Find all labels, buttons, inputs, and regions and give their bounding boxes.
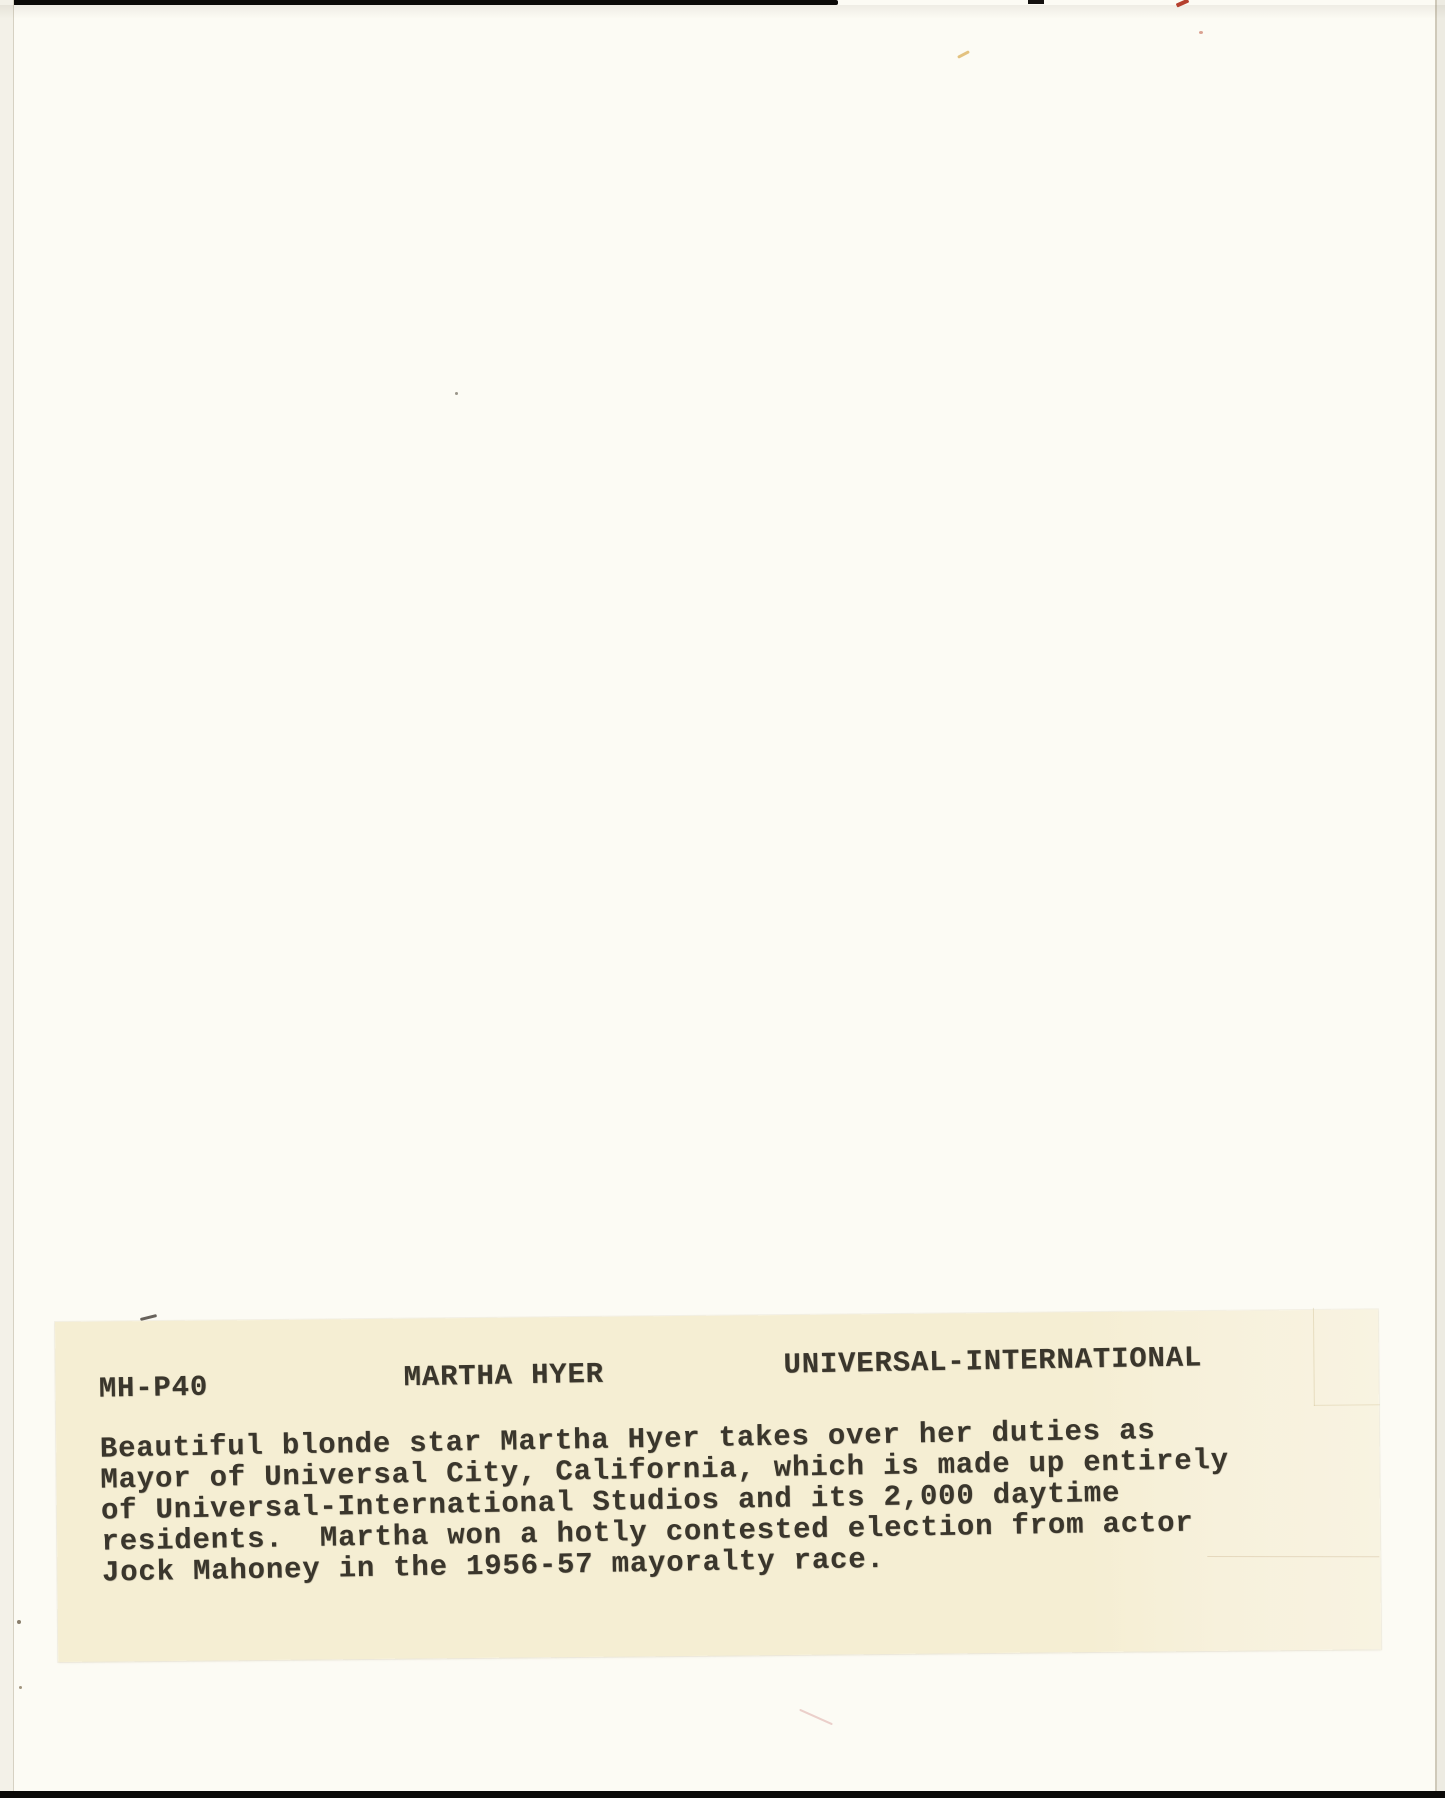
scan-edge-bottom xyxy=(0,1791,1445,1798)
dust-speck xyxy=(19,1686,22,1689)
scan-edge-right xyxy=(1435,0,1445,1798)
star-name: MARTHA HYER xyxy=(403,1359,604,1393)
scratch-mark xyxy=(799,1709,833,1725)
dust-speck xyxy=(17,1620,21,1624)
red-ink-speck xyxy=(1199,31,1203,34)
photo-code: MH-P40 xyxy=(99,1372,209,1405)
scan-shadow-top xyxy=(0,5,1445,19)
typewritten-text: MH-P40 MARTHA HYER UNIVERSAL-INTERNATION… xyxy=(98,1346,1352,1589)
scan-edge-top-tick xyxy=(1028,0,1044,4)
caption-header: MH-P40 MARTHA HYER UNIVERSAL-INTERNATION… xyxy=(98,1346,1348,1399)
pen-check-mark xyxy=(140,1314,157,1321)
studio-name: UNIVERSAL-INTERNATIONAL xyxy=(783,1342,1202,1380)
dust-speck xyxy=(455,392,458,395)
photo-verso-scan: MH-P40 MARTHA HYER UNIVERSAL-INTERNATION… xyxy=(0,0,1445,1798)
scan-edge-left xyxy=(0,0,14,1798)
caption-slip: MH-P40 MARTHA HYER UNIVERSAL-INTERNATION… xyxy=(55,1309,1381,1662)
orange-pencil-mark xyxy=(957,50,970,59)
caption-body: Beautiful blonde star Martha Hyer takes … xyxy=(100,1412,1353,1589)
